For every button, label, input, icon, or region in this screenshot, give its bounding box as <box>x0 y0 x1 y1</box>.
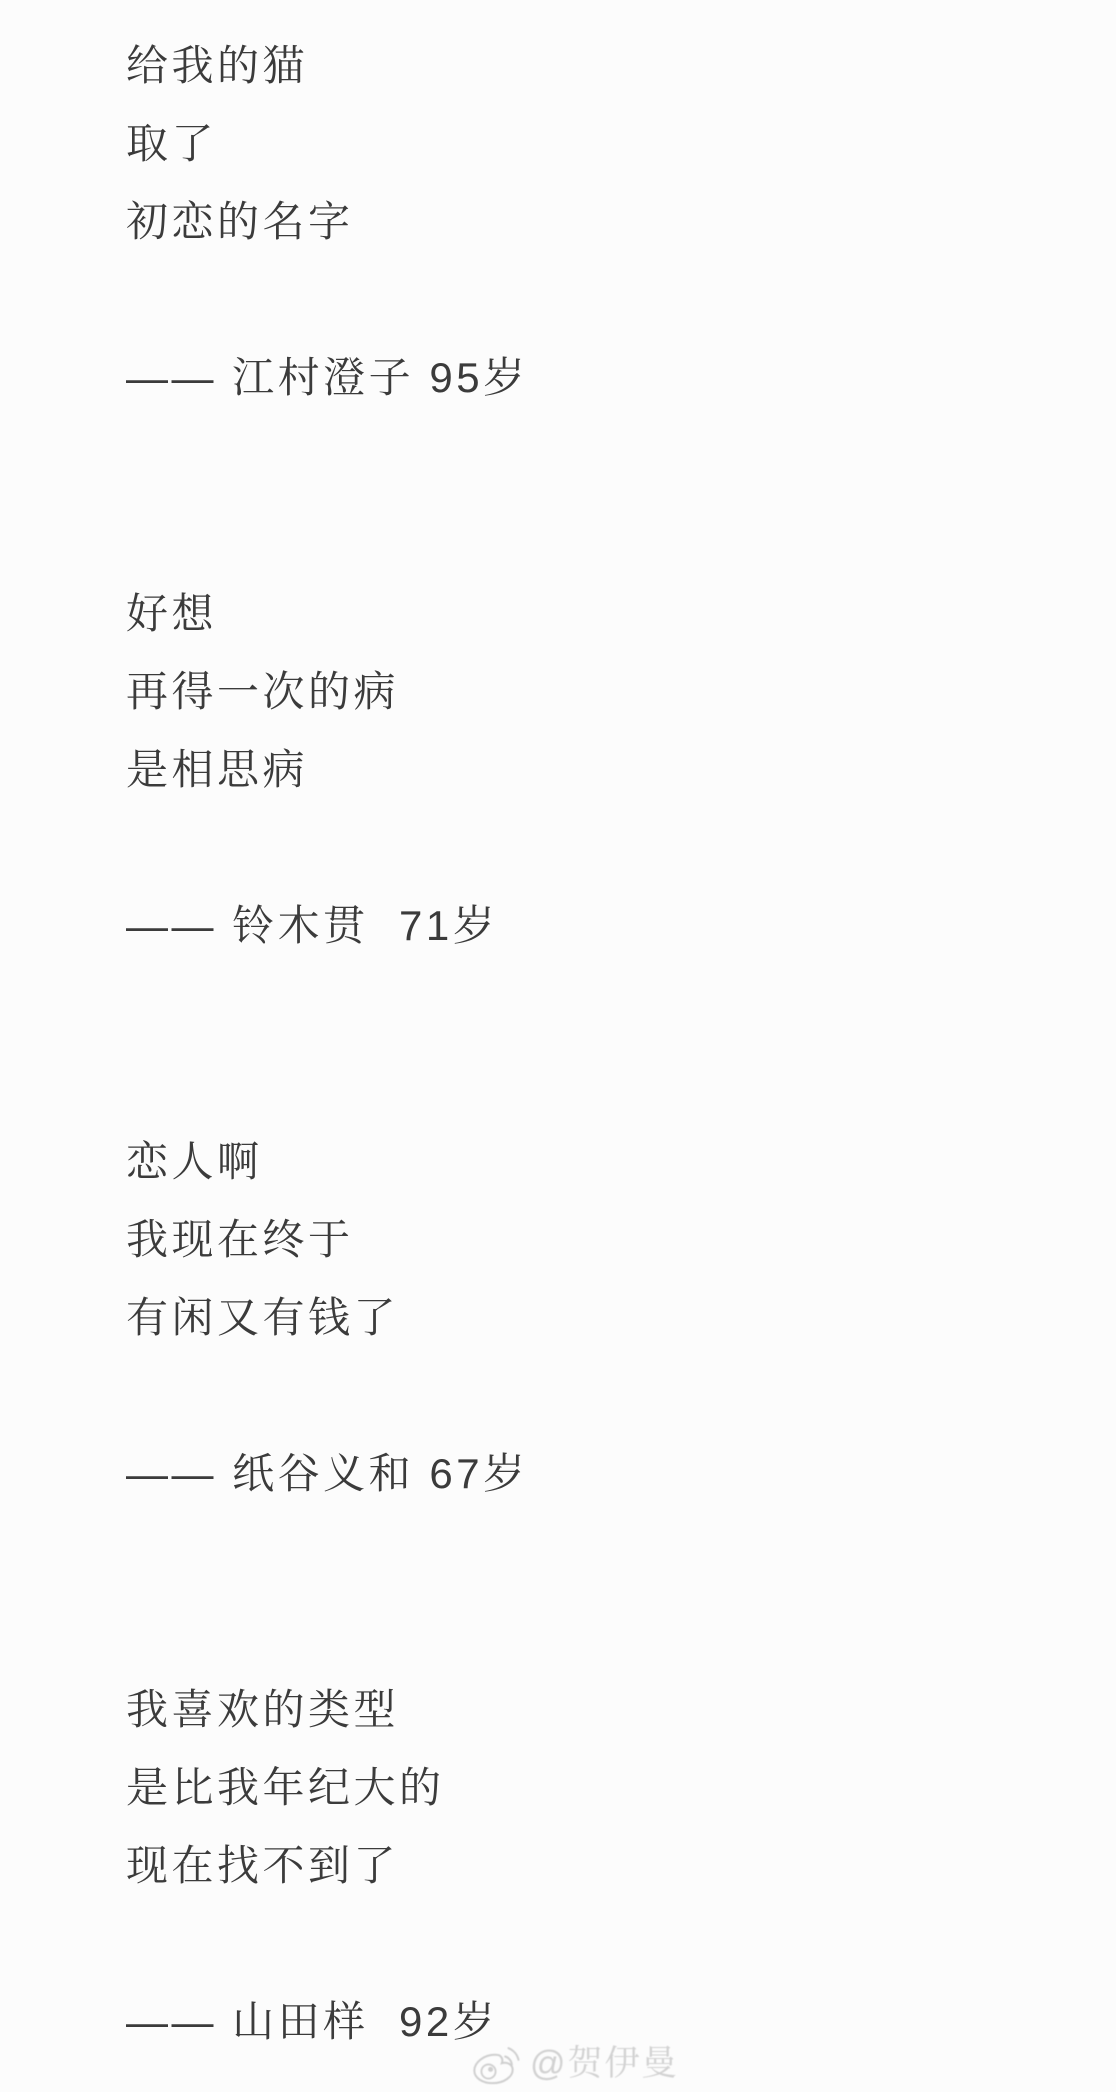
poem-3: 恋人啊 我现在终于 有闲又有钱了 —— 纸谷义和 67岁 <box>126 1123 529 1513</box>
watermark: @贺伊曼 <box>471 2042 679 2086</box>
poem-line: 是相思病 <box>126 731 529 809</box>
poem-line: 再得一次的病 <box>126 653 529 731</box>
poem-line: 我喜欢的类型 <box>126 1671 529 1749</box>
poem-line: 取了 <box>126 105 529 183</box>
poem-line: 给我的猫 <box>126 27 529 105</box>
weibo-logo-icon <box>471 2042 521 2086</box>
poem-line: 是比我年纪大的 <box>126 1749 529 1827</box>
poem-line: 现在找不到了 <box>126 1827 529 1905</box>
poem-line: 我现在终于 <box>126 1201 529 1279</box>
watermark-text: @贺伊曼 <box>530 2042 679 2086</box>
poem-attribution: —— 纸谷义和 67岁 <box>126 1435 529 1513</box>
poem-2: 好想 再得一次的病 是相思病 —— 铃木贯 71岁 <box>126 575 529 965</box>
poem-line: 恋人啊 <box>126 1123 529 1201</box>
poem-attribution: —— 铃木贯 71岁 <box>126 887 529 965</box>
poem-list: 给我的猫 取了 初恋的名字 —— 江村澄子 95岁 好想 再得一次的病 是相思病… <box>126 27 529 2061</box>
poem-page: 给我的猫 取了 初恋的名字 —— 江村澄子 95岁 好想 再得一次的病 是相思病… <box>0 0 1116 2092</box>
poem-4: 我喜欢的类型 是比我年纪大的 现在找不到了 —— 山田样 92岁 <box>126 1671 529 2061</box>
poem-line: 初恋的名字 <box>126 183 529 261</box>
poem-1: 给我的猫 取了 初恋的名字 —— 江村澄子 95岁 <box>126 27 529 417</box>
poem-line: 有闲又有钱了 <box>126 1279 529 1357</box>
poem-attribution: —— 江村澄子 95岁 <box>126 339 529 417</box>
poem-attribution: —— 山田样 92岁 <box>126 1983 529 2061</box>
poem-line: 好想 <box>126 575 529 653</box>
